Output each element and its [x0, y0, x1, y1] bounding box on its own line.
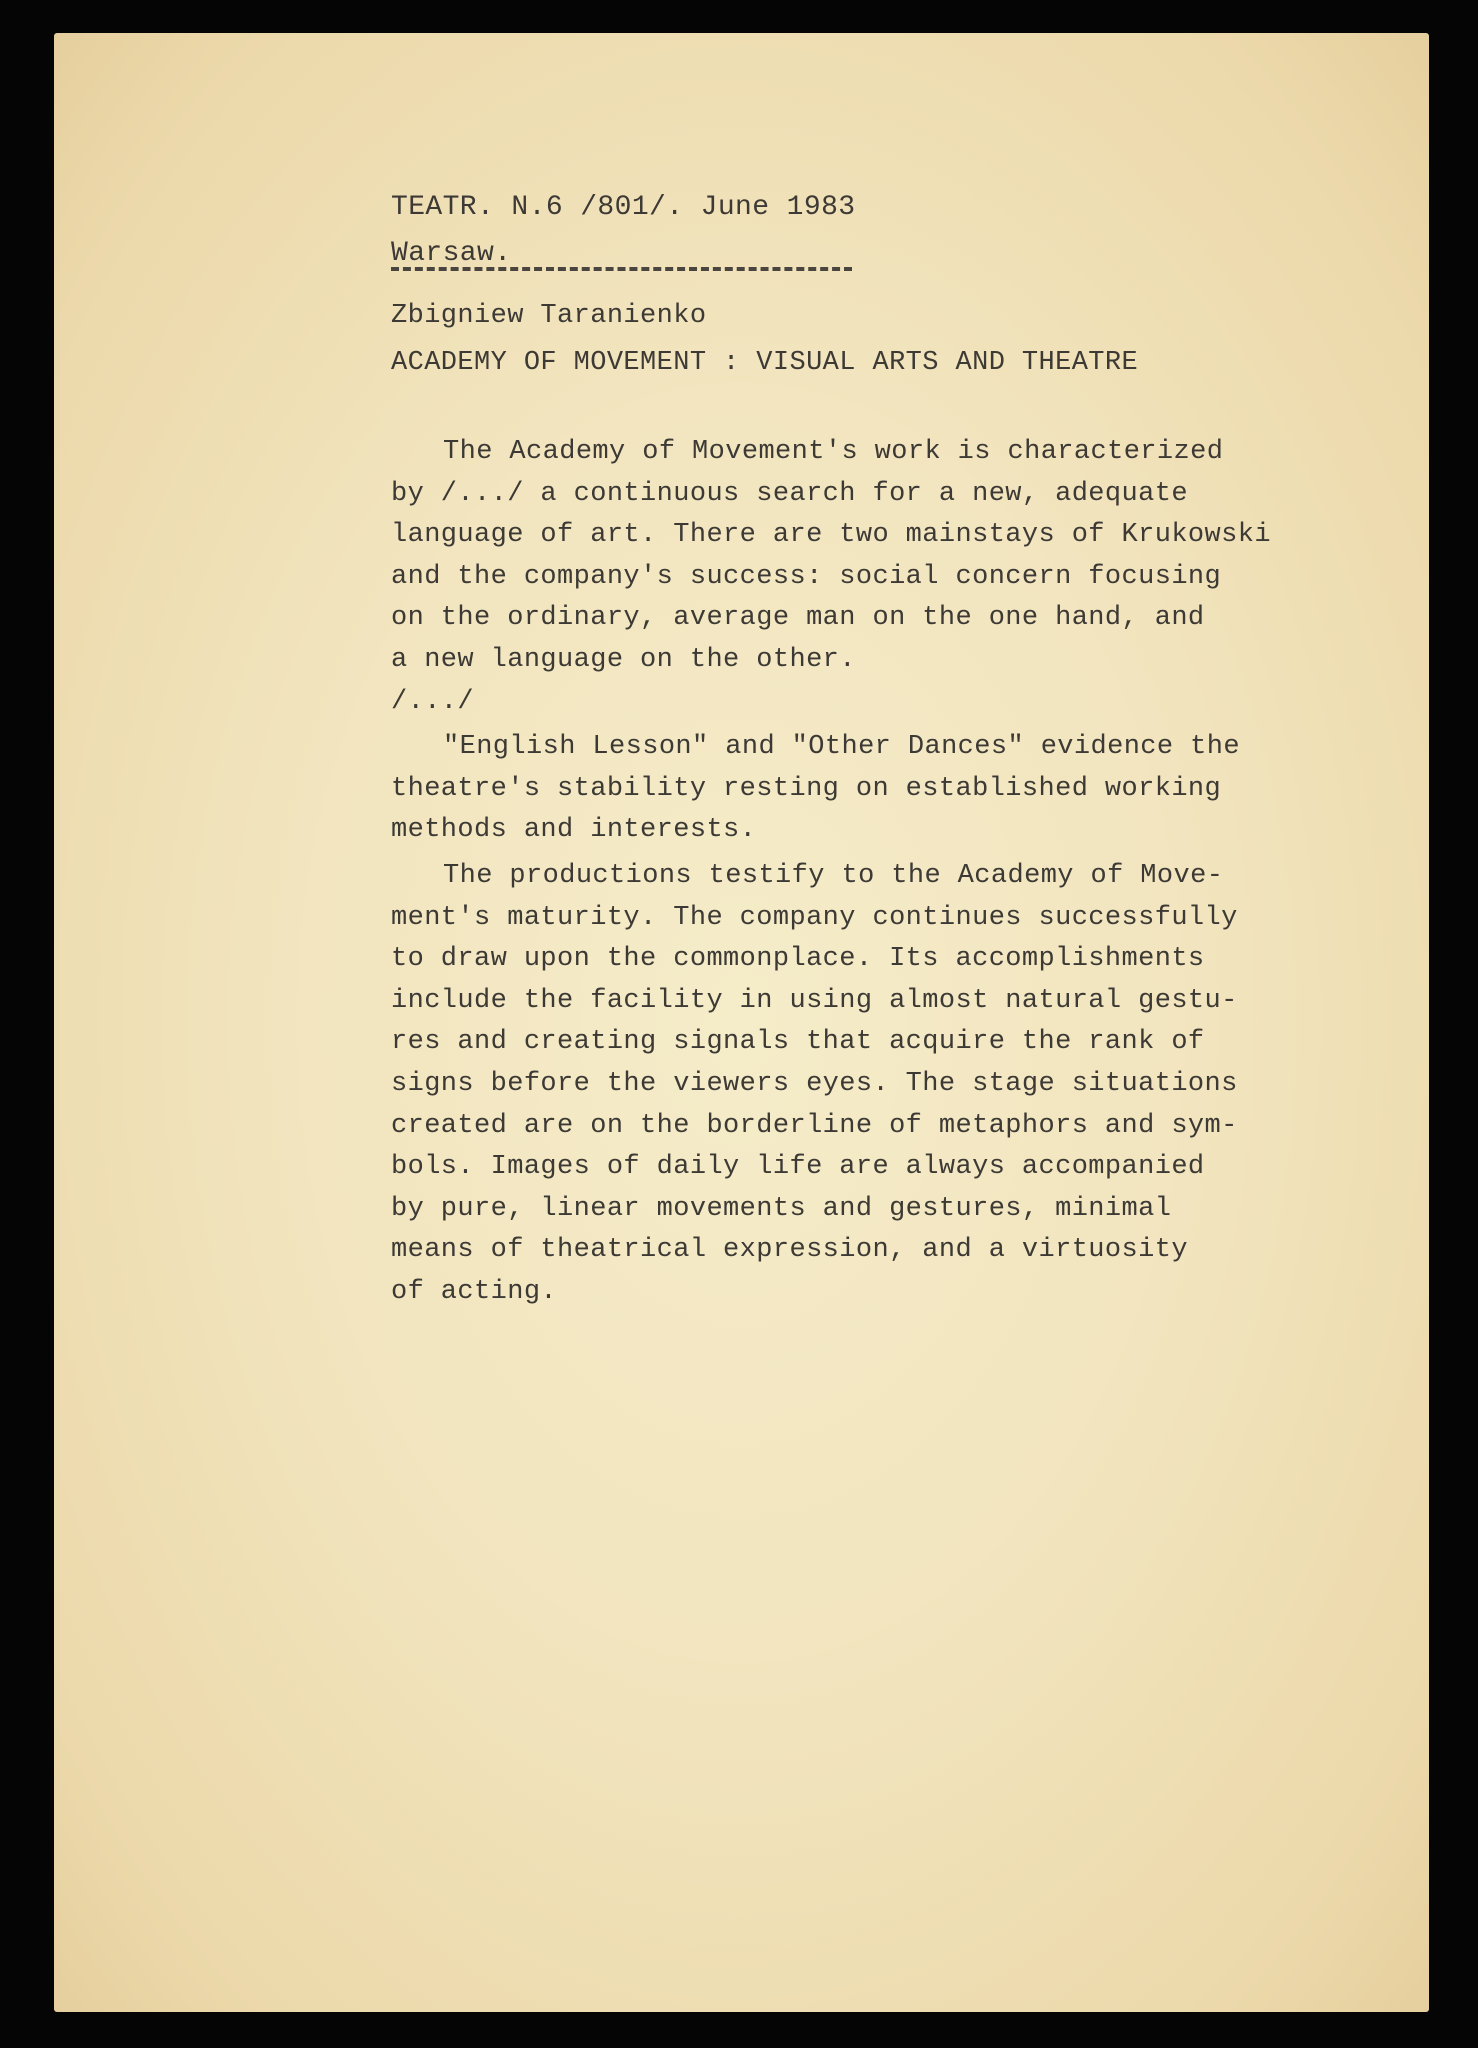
body-line: The productions testify to the Academy o… — [391, 856, 1271, 898]
body-line: by /.../ a continuous search for a new, … — [391, 474, 1271, 516]
place-line: Warsaw. — [391, 238, 511, 269]
body-line: The Academy of Movement's work is charac… — [391, 432, 1271, 474]
body-line: "English Lesson" and "Other Dances" evid… — [391, 727, 1271, 769]
ellipsis-marker: /.../ — [391, 682, 1271, 724]
body-line: theatre's stability resting on establish… — [391, 769, 1271, 811]
body-line: language of art. There are two mainstays… — [391, 515, 1271, 557]
header-underline — [391, 267, 852, 271]
body-line: by pure, linear movements and gestures, … — [391, 1189, 1271, 1231]
body-line: methods and interests. — [391, 810, 1271, 852]
publication-line: TEATR. N.6 /801/. June 1983 — [391, 192, 855, 223]
body-line: to draw upon the commonplace. Its accomp… — [391, 939, 1271, 981]
body-line: means of theatrical expression, and a vi… — [391, 1230, 1271, 1272]
body-line: created are on the borderline of metapho… — [391, 1106, 1271, 1148]
body-line: a new language on the other. — [391, 640, 1271, 682]
body-line: signs before the viewers eyes. The stage… — [391, 1064, 1271, 1106]
body-line: res and creating signals that acquire th… — [391, 1022, 1271, 1064]
body-line: bols. Images of daily life are always ac… — [391, 1147, 1271, 1189]
author-name: Zbigniew Taranienko — [391, 301, 706, 331]
body-line: ment's maturity. The company continues s… — [391, 898, 1271, 940]
body-line: of acting. — [391, 1272, 1271, 1314]
body-line: and the company's success: social concer… — [391, 557, 1271, 599]
body-line: on the ordinary, average man on the one … — [391, 598, 1271, 640]
body-line: include the facility in using almost nat… — [391, 981, 1271, 1023]
article-title: ACADEMY OF MOVEMENT : VISUAL ARTS AND TH… — [391, 348, 1138, 378]
article-body: The Academy of Movement's work is charac… — [391, 432, 1271, 1313]
